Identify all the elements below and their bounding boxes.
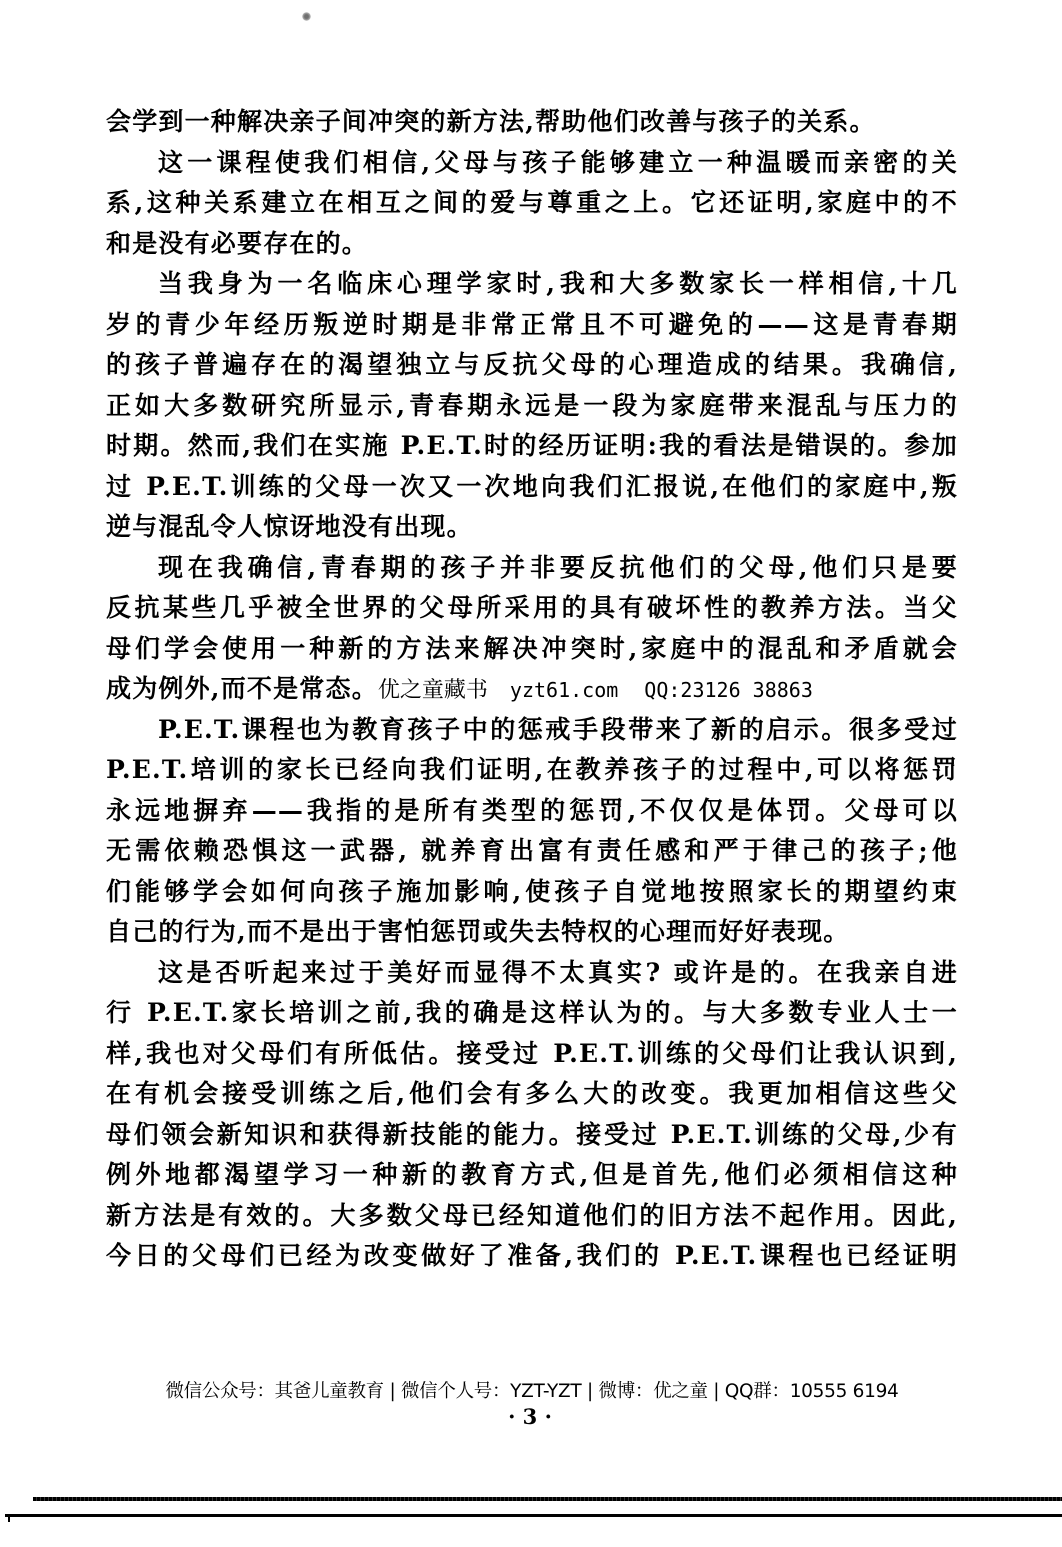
text-line: 无需依赖恐惧这一武器, 就养育出富有责任感和严于律己的孩子;他 — [106, 831, 958, 872]
text-line: 母们领会新知识和获得新技能的能力。接受过 P.E.T.训练的父母,少有 — [106, 1115, 958, 1156]
text-line: 和是没有必要存在的。 — [106, 224, 958, 265]
text-line: 行 P.E.T.家长培训之前,我的确是这样认为的。与大多数专业人士一 — [106, 993, 958, 1034]
text-line: 这一课程使我们相信,父母与孩子能够建立一种温暖而亲密的关 — [106, 143, 958, 184]
text-line: 过 P.E.T.训练的父母一次又一次地向我们汇报说,在他们的家庭中,叛 — [106, 467, 958, 508]
text-line: 样,我也对父母们有所低估。接受过 P.E.T.训练的父母们让我认识到, — [106, 1034, 958, 1075]
text-line: 正如大多数研究所显示,青春期永远是一段为家庭带来混乱与压力的 — [106, 386, 958, 427]
text-line: 岁的青少年经历叛逆时期是非常正常且不可避免的——这是青春期 — [106, 305, 958, 346]
text-line: 当我身为一名临床心理学家时,我和大多数家长一样相信,十几 — [106, 264, 958, 305]
text-line: 永远地摒弃——我指的是所有类型的惩罚,不仅仅是体罚。父母可以 — [106, 791, 958, 832]
page-border-rule — [33, 1497, 1062, 1501]
scan-artifact-mark — [302, 12, 311, 21]
watermark-url: yzt61.com — [510, 678, 618, 702]
text-line: 的孩子普遍存在的渴望独立与反抗父母的心理造成的结果。我确信, — [106, 345, 958, 386]
text-line: 反抗某些几乎被全世界的父母所采用的具有破坏性的教养方法。当父 — [106, 588, 958, 629]
watermark-label: 优之童藏书 — [378, 678, 488, 703]
text-line: 们能够学会如何向孩子施加影响,使孩子自觉地按照家长的期望约束 — [106, 872, 958, 913]
page-body: 会学到一种解决亲子间冲突的新方法,帮助他们改善与孩子的关系。 这一课程使我们相信… — [106, 102, 958, 1277]
text-line: 例外地都渴望学习一种新的教育方式,但是首先,他们必须相信这种 — [106, 1155, 958, 1196]
page-number: · 3 · — [490, 1404, 570, 1429]
scan-artifact-tick — [8, 1514, 10, 1522]
text-line: 新方法是有效的。大多数父母已经知道他们的旧方法不起作用。因此, — [106, 1196, 958, 1237]
text-fragment: 成为例外,而不是常态。 — [106, 674, 378, 703]
footer-watermark: 微信公众号：其爸儿童教育 | 微信个人号：YZT-YZT | 微博：优之童 | … — [112, 1377, 952, 1403]
text-line: 这是否听起来过于美好而显得不太真实? 或许是的。在我亲自进 — [106, 953, 958, 994]
text-line: 时期。然而,我们在实施 P.E.T.时的经历证明:我的看法是错误的。参加 — [106, 426, 958, 467]
text-line: 在有机会接受训练之后,他们会有多么大的改变。我更加相信这些父 — [106, 1074, 958, 1115]
text-line: 自己的行为,而不是出于害怕惩罚或失去特权的心理而好好表现。 — [106, 912, 958, 953]
text-line: 现在我确信,青春期的孩子并非要反抗他们的父母,他们只是要 — [106, 548, 958, 589]
text-line: P.E.T.课程也为教育孩子中的惩戒手段带来了新的启示。很多受过 — [106, 710, 958, 751]
inline-watermark: 优之童藏书yzt61.comQQ:23126 38863 — [378, 678, 813, 702]
text-line: 系,这种关系建立在相互之间的爱与尊重之上。它还证明,家庭中的不 — [106, 183, 958, 224]
text-line: P.E.T.培训的家长已经向我们证明,在教养孩子的过程中,可以将惩罚 — [106, 750, 958, 791]
text-line: 会学到一种解决亲子间冲突的新方法,帮助他们改善与孩子的关系。 — [106, 102, 958, 143]
watermark-qq: QQ:23126 38863 — [644, 678, 813, 702]
text-line-with-watermark: 成为例外,而不是常态。优之童藏书yzt61.comQQ:23126 38863 — [106, 669, 958, 710]
page-border-rule — [5, 1514, 1062, 1517]
text-line: 今日的父母们已经为改变做好了准备,我们的 P.E.T.课程也已经证明 — [106, 1236, 958, 1277]
text-line: 逆与混乱令人惊讶地没有出现。 — [106, 507, 958, 548]
text-line: 母们学会使用一种新的方法来解决冲突时,家庭中的混乱和矛盾就会 — [106, 629, 958, 670]
